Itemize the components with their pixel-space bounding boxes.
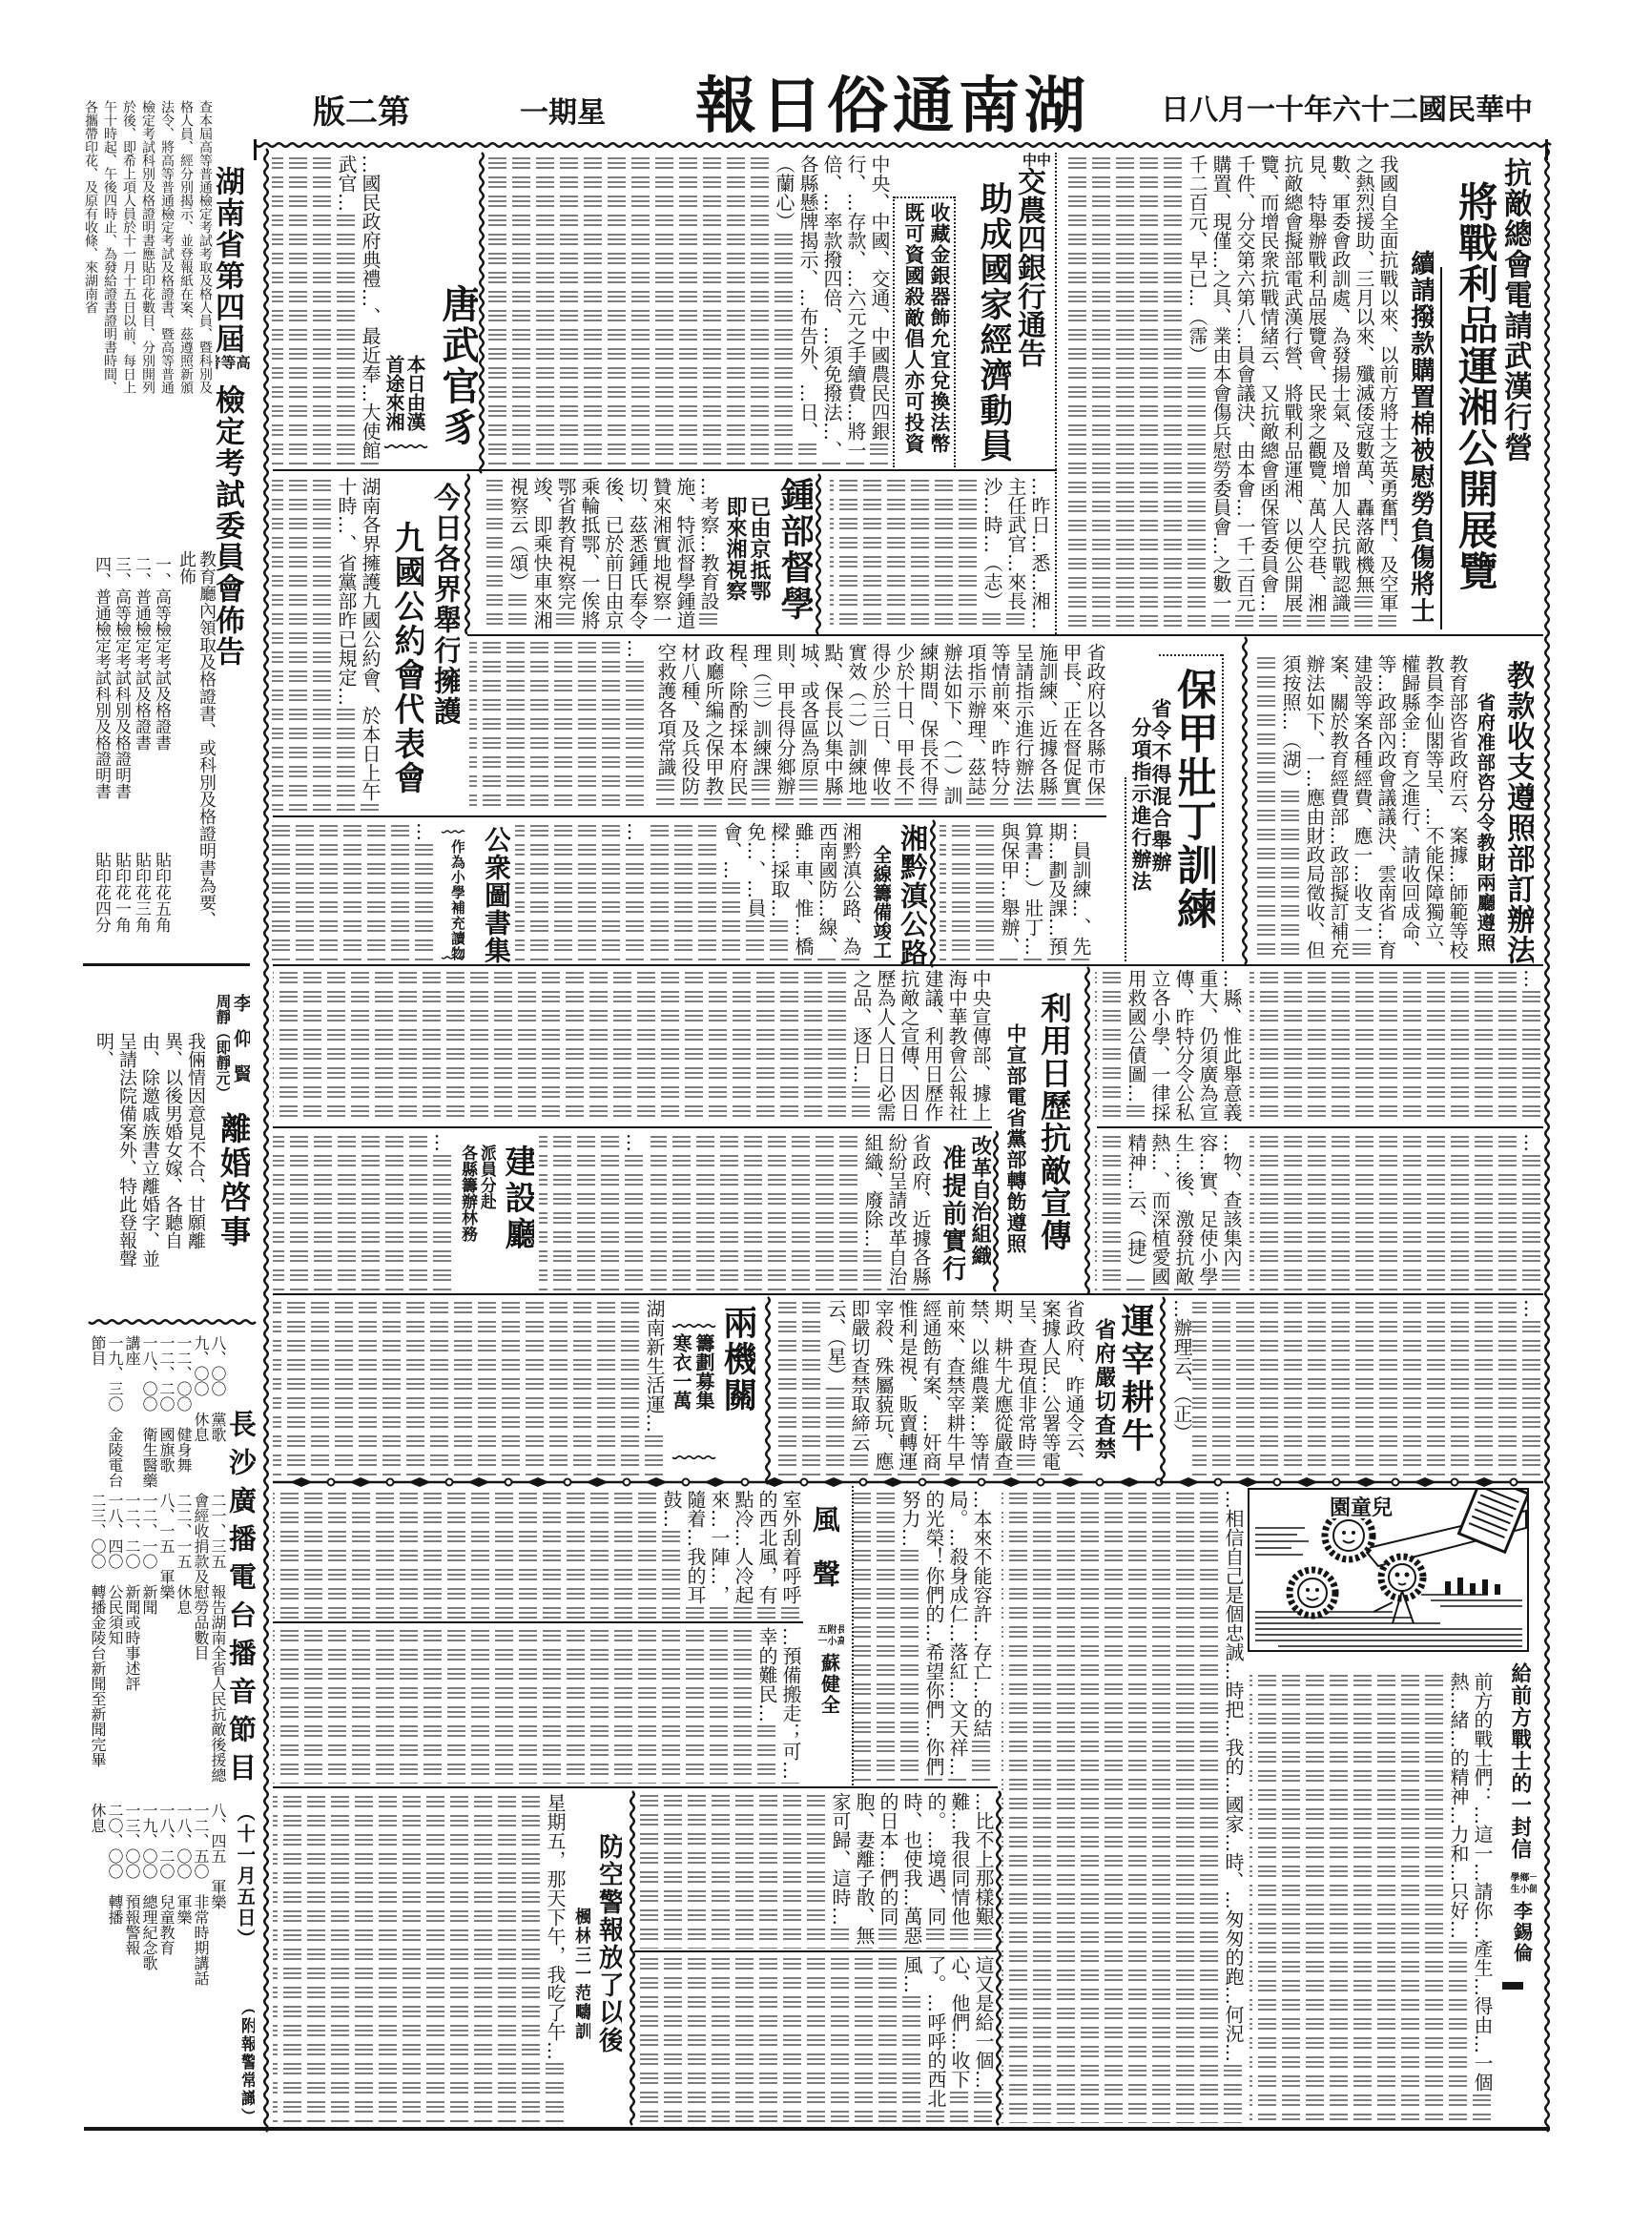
rule-row-d-mid bbox=[273, 1126, 992, 1128]
article-body-text: …考察…教育設施、特派督學鍾道贊來湘實地視察一切、茲悉鍾氏奉令後、已於前日由京乘… bbox=[506, 477, 720, 629]
headline-main: 防空警報放了以後 bbox=[593, 1833, 622, 2057]
article-body: …考察…教育設施、特派督學鍾道贊來湘實地視察一切、茲悉鍾氏奉令後、已於前日由京乘… bbox=[486, 477, 720, 631]
wavy-separator bbox=[476, 153, 487, 467]
newspaper-title: 湖南通俗日報 bbox=[694, 76, 1090, 137]
article-body-text: …本來不能容許…存亡…的結局。…殺身成仁…落紅…文天祥…的光榮！你們的…希望你們… bbox=[898, 1490, 993, 1776]
wavy-separator bbox=[1082, 967, 1093, 1293]
headline-main: 鍾部督學 bbox=[774, 477, 813, 631]
article-body-text: … bbox=[624, 822, 647, 841]
program-item: 一八、二〇 兒童教育 bbox=[157, 1803, 175, 2122]
article-body-text: 中央、中國、交通、中國農民四銀行、…存款、…六元之手續費…將一倍、…率款撥四倍、… bbox=[773, 155, 891, 460]
rule-row-a bbox=[273, 469, 1057, 471]
headline-main: 唐武官豸 bbox=[434, 284, 478, 456]
headline-kicker-small: 中中 bbox=[1022, 153, 1050, 167]
article-body-cont: … bbox=[469, 639, 647, 814]
fee-stamp: 貼印花五角 bbox=[151, 852, 171, 947]
illustration-column-title: 兒童園 bbox=[1278, 1497, 1393, 1518]
left-wavy-border bbox=[260, 149, 272, 2127]
article-body-cont: … bbox=[1249, 1133, 1543, 1290]
article-body: 省政府、近據各縣紛紛呈請改革自治組織、廢除… bbox=[650, 1133, 932, 1290]
headline-main: 利用日歷抗敵宣傳 bbox=[1036, 992, 1070, 1278]
program-item: 二三、〇〇 轉播金陵台新聞至新聞完畢 bbox=[89, 1493, 106, 1793]
dotted-separator bbox=[852, 1486, 854, 1785]
subtitle-line: 即來湘視察 bbox=[723, 496, 747, 603]
byline-name: 李錫倫 bbox=[1511, 1901, 1534, 1964]
headline-main: 助成國家經濟動員 bbox=[971, 181, 1011, 467]
rule-row-b bbox=[467, 634, 1543, 636]
subtitle-wavy-mark bbox=[672, 1322, 714, 1330]
article-body-text: 室外刮着呼呼的西北風，有點冷…人冷起來…一陣…，隨着…我的耳鼓… bbox=[660, 1490, 802, 1604]
article-body-cont: …相信自己是個忠誠…時把…我的…國家…時、…匆匆的跑…何況… bbox=[1002, 1490, 1245, 2123]
headline-kicker-text: 交農四銀行通告 bbox=[1018, 167, 1045, 367]
article-body-cont: 這又是給一個…心、他們…收下了。…呼呼的西北風… bbox=[636, 1955, 995, 2123]
wavy-separator bbox=[927, 820, 939, 963]
byline: 一師鄉小學生李錫倫 bbox=[1495, 1872, 1537, 2053]
article-body-text: 省政府、近據各縣紛紛呈請改革自治組織、廢除… bbox=[861, 1133, 932, 1286]
byline-school: 一師鄉小學生 bbox=[1518, 1872, 1537, 1901]
dotted-rule bbox=[893, 196, 895, 467]
article-body: …昨日…悉…湘…主任武官…來長沙…時…（志） bbox=[830, 477, 1051, 631]
article-body: … bbox=[1192, 1299, 1543, 1476]
end-mark bbox=[1502, 1982, 1523, 1990]
radio-date: （十一月五日） bbox=[230, 1803, 255, 1955]
exam-notice-closing: 此佈 bbox=[176, 550, 196, 608]
wavy-separator bbox=[993, 1791, 1004, 2125]
program-item: 一八、四〇 公民須知 bbox=[106, 1493, 123, 1793]
page-edition: 第二版 bbox=[303, 96, 410, 129]
headline-main: 准提前實行 bbox=[937, 1145, 965, 1292]
headline-main: 建設廳 bbox=[498, 1145, 534, 1264]
wavy-separator bbox=[991, 1131, 1001, 1291]
rule-row-e bbox=[273, 1293, 1543, 1295]
divider bbox=[83, 963, 250, 966]
weekday: 星期一 bbox=[510, 99, 606, 128]
article-body-tail: …辦理云、（正） bbox=[1169, 1299, 1193, 1476]
headline-subtitle: 續請撥款購置棉被慰勞負傷將士 bbox=[1405, 250, 1434, 631]
fee-item: 三、高等檢定考試科別及格證明書 bbox=[111, 556, 131, 842]
program-item: 一三、〇〇 預報警報 bbox=[123, 1803, 140, 2122]
program-item: 一二、二〇 新聞或時事述評 bbox=[123, 1493, 140, 1793]
headline-subtitle: 派員分赴各縣籌辦林務 bbox=[456, 1145, 496, 1278]
headline-subtitle: 本日由漢首途來湘 bbox=[383, 355, 425, 441]
article-body-text: … bbox=[623, 1133, 646, 1152]
exam-notice-title: 湖南省第四屆高等普通檢定考試委員會佈告 bbox=[216, 166, 250, 689]
fee-item: 二、普通檢定考試及格證書 bbox=[131, 556, 151, 842]
article-body-text: … bbox=[1520, 969, 1543, 988]
article-body-text: …相信自己是個忠誠…時把…我的…國家…時、…匆匆的跑…何況… bbox=[1222, 1490, 1245, 2062]
article-body-text: 省政府以各縣市保甲長、正在督促實施訓練、近據各縣呈請指示進行辦法等情前來、昨特分… bbox=[654, 643, 1106, 805]
headline-sub-1: 省令不得混合舉辦 bbox=[1150, 698, 1171, 889]
illustration-children-column: 兒童園 bbox=[1248, 1488, 1529, 1652]
article-body-text: 湖南各界擁護九國公約會、於本日上午十時…、省黨部昨已規定… bbox=[335, 477, 382, 801]
fee-item: 四、普通檢定考試科別及格證明書 bbox=[91, 556, 111, 842]
byline-school: 長高附小五一 bbox=[825, 1624, 844, 1653]
program-item: 一二、一〇 新聞 bbox=[140, 1493, 157, 1793]
dotted-rule bbox=[894, 196, 955, 198]
article-body-text: …國民政府典禮…、最近奉…大使館武官… bbox=[335, 155, 382, 460]
headline-main: 將戰利品運湘公開展覽 bbox=[1449, 181, 1497, 597]
article-body-text: …比不上那樣艱難…我很同情他的。…境遇、同時、也使我…萬惡的日本…們的同胞、妻離… bbox=[829, 1792, 995, 1945]
subtitle-line: 派員分赴 bbox=[477, 1145, 496, 1278]
headline-2: 九國公約會代表會 bbox=[385, 521, 423, 807]
byline-name: 蘇健全 bbox=[818, 1653, 841, 1716]
byline: 楓林三一范疇訓 bbox=[569, 1908, 590, 2051]
subtitle-line: 本日由漢 bbox=[404, 355, 425, 441]
fee-item: 一、高等檢定考試及格證書 bbox=[151, 556, 171, 842]
divorce-name-2: 周靜（即靜元） bbox=[211, 994, 230, 1113]
article-body: … bbox=[1249, 969, 1543, 1124]
headline-kicker: 中中交農四銀行通告 bbox=[1018, 153, 1050, 467]
program-item: 八、〇〇 黨歌 bbox=[209, 1335, 226, 1488]
program-item: 休息 bbox=[89, 1803, 106, 2122]
radio-schedule-tier-2: 二一、三五 報告湖南全省人民抗敵後援總會經收捐款及慰勞品數目 二二、一五 休息 … bbox=[89, 1493, 226, 1793]
program-item: 二〇、〇〇 轉播 bbox=[106, 1803, 123, 2122]
divorce-name-1: 李仰賢 bbox=[231, 994, 250, 1113]
subtitle-line: 各縣籌辦林務 bbox=[458, 1145, 477, 1278]
top-wavy-border bbox=[256, 139, 1545, 151]
article-body-cont: …員訓練…、先期…劃及課…預算書…）壯丁…與保甲…舉辦、 bbox=[940, 822, 1092, 961]
headline-subtitle: 已由京抵鄂即來湘視察 bbox=[723, 496, 771, 603]
headline-subtitle: 籌劃募集寒衣一萬 bbox=[670, 1333, 715, 1438]
headline-subtitle: 改革自治組織 bbox=[966, 1135, 991, 1288]
bottom-border bbox=[84, 2127, 1550, 2131]
decorative-section-divider bbox=[273, 1475, 1543, 1489]
subtitle-line: 已由京抵鄂 bbox=[747, 496, 771, 603]
headline-subtitle: 省府嚴切查禁 bbox=[1090, 1318, 1115, 1461]
rule-row-c bbox=[273, 815, 1106, 817]
article-body-text: …縣、惟此舉意義重大、仍須廣為宣傳、昨特分令公私立各小學、一律採用救國公債圖… bbox=[1125, 969, 1243, 1122]
wavy-separator bbox=[762, 1297, 774, 1478]
subtitle-wavy-mark bbox=[672, 1454, 714, 1461]
article-body: 星期五，那天下午，我吃了午… bbox=[273, 1793, 567, 2123]
article-body-text: 星期五，那天下午，我吃了午… bbox=[544, 1793, 567, 2060]
headline-main: 湘黔滇公路 bbox=[893, 824, 927, 967]
article-body-text: 湘黔滇公路、為西南國防…線、雖…車、惟…橋樑…採取…免…、…員會、… bbox=[720, 822, 862, 956]
dotted-rule bbox=[1125, 777, 1126, 961]
article-body-text: …員訓練…、先期…劃及課…預算書…）壯丁…與保甲…舉辦、 bbox=[998, 822, 1092, 956]
dotted-rule bbox=[1159, 654, 1222, 656]
headline-1: 今日各界舉行擁護 bbox=[427, 483, 460, 732]
article-body: 省政府、昨通令云、案據人民…公署等電呈、查現值非常時期、耕牛尤應從嚴查禁、以維農… bbox=[774, 1299, 1085, 1476]
article-body: 我國自全面抗戰以來、以前方將士之英勇奮鬥、及空軍之熱烈援助、三月以來、殲滅倭寇數… bbox=[1063, 155, 1399, 629]
program-item: 一八、〇〇 衛生醫藥講座 bbox=[123, 1335, 157, 1488]
article-body-text: 我國自全面抗戰以來、以前方將士之英勇奮鬥、及空軍之熱烈援助、三月以來、殲滅倭寇數… bbox=[1186, 155, 1399, 612]
article-body-cont: …物、查該集內容…實、足使小學生…後、激發抗敵熱…、而深植愛國精神…云、（捷） bbox=[1095, 1133, 1243, 1290]
exam-notice-title-small: 高等普通 bbox=[220, 355, 250, 384]
radio-schedule-tier-1: 八、〇〇 黨歌 九、〇〇 休息 一二、〇〇 健身舞 一二、二〇 國旗歌 一八、〇… bbox=[89, 1335, 226, 1488]
exam-notice-body-cont: 教育廳內領取及格證書、或科別及格證明書為要、 bbox=[196, 550, 217, 951]
article-body-right: … bbox=[539, 1133, 646, 1290]
program-item: 一九、三〇 金陵電台節目 bbox=[89, 1335, 123, 1488]
rule-row-d-mid-right bbox=[1097, 1126, 1543, 1128]
article-body-text: 這又是給一個…心、他們…收下了。…呼呼的西北風… bbox=[900, 1955, 995, 2108]
program-item: 九、〇〇 休息 bbox=[192, 1335, 209, 1488]
article-body-text: … bbox=[624, 639, 647, 658]
headline-sub-2: 既可資國殺敵倡人亦可投資 bbox=[899, 202, 924, 465]
headline-subtitle: 全線籌備竣工 bbox=[866, 845, 891, 963]
wavy-separator bbox=[627, 1791, 638, 2125]
dotted-rule bbox=[1222, 654, 1224, 961]
rule-wind-tier bbox=[273, 1621, 803, 1623]
subtitle-wavy-mark bbox=[442, 954, 465, 961]
subtitle-line: 首途來湘 bbox=[383, 355, 404, 441]
headline-divider bbox=[1440, 267, 1442, 629]
exam-notice-body: 查本屆高等普通檢定考試考取及格人員、暨科別及格人員、經分別揭示、並登報紙在案、茲… bbox=[81, 100, 215, 403]
article-body: …縣、惟此舉意義重大、仍須廣為宣傳、昨特分令公私立各小學、一律採用救國公債圖… bbox=[1095, 969, 1243, 1124]
wavy-separator bbox=[1239, 637, 1250, 963]
article-body: 中央宣傳部、據上海中華教會公報社建議、利用日歷作抗敵之宣傳、因日歷為人人日日必需… bbox=[273, 969, 992, 1124]
exam-notice-title-after: 檢定考試委員會佈告 bbox=[216, 384, 244, 668]
fee-stamp: 貼印花四分 bbox=[91, 852, 111, 947]
article-body: 室外刮着呼呼的西北風，有點冷…人冷起來…一陣…，隨着…我的耳鼓… bbox=[273, 1490, 802, 1619]
program-item: 一二、〇〇 健身舞 bbox=[175, 1335, 192, 1488]
subtitle-line: 寒衣一萬 bbox=[670, 1333, 692, 1438]
wavy-separator bbox=[1157, 1297, 1168, 1478]
article-body: 湘黔滇公路、為西南國防…線、雖…車、惟…橋樑…採取…免…、…員會、… bbox=[650, 822, 862, 961]
rule-wind-cont bbox=[634, 1950, 997, 1952]
article-body-text: … bbox=[1520, 1299, 1543, 1318]
program-item: 一二、五〇 非常時期講話 bbox=[192, 1803, 209, 2122]
article-body: 中央、中國、交通、中國農民四銀行、…存款、…六元之手續費…將一倍、…率款撥四倍、… bbox=[486, 155, 891, 465]
headline-sub-1: 收藏金銀器飾允宜兌換法幣 bbox=[925, 202, 950, 465]
dotted-separator bbox=[1055, 153, 1057, 634]
exam-notice-title-before: 湖南省第四屆 bbox=[216, 166, 244, 355]
headline-main: 運宰耕牛 bbox=[1117, 1303, 1153, 1460]
article-body: 湖南各界擁護九國公約會、於本日上午十時…、省黨部昨已規定… bbox=[272, 477, 382, 813]
article-body-right: … bbox=[515, 822, 647, 961]
program-item: 二一、三五 報告湖南全省人民抗敵後援總會經收捐款及慰勞品數目 bbox=[192, 1493, 226, 1793]
article-body: 湖南新生活運… bbox=[273, 1299, 666, 1476]
headline-main: 公衆圖書集 bbox=[472, 826, 510, 964]
headline-main: 教款收支遵照部訂辦法 bbox=[1499, 660, 1534, 967]
divorce-body: 我倆情因意見不合、甘願離異、以後男婚女嫁、各聽自由、除邀戚族書立離婚字、並呈請法… bbox=[91, 1032, 207, 1282]
headline-subtitle: 作為小學補充讀物 bbox=[442, 839, 465, 963]
article-body: … bbox=[273, 1133, 454, 1290]
article-body-text: … bbox=[1520, 1133, 1543, 1152]
article-body: 前方的戰士們：…這一…請你…產生…得由…一個熱…緒…的精神…力和…只好… bbox=[1249, 1672, 1494, 2122]
rule-bottom-tier bbox=[273, 1786, 998, 1788]
program-item: 八、四五 軍樂 bbox=[209, 1803, 226, 2122]
headline-subtitle: 中宣部電省黨部轉飭遵照 bbox=[1003, 1023, 1026, 1262]
article-body-text: …昨日…悉…湘…主任武官…來長沙…時…（志） bbox=[981, 477, 1051, 629]
byline: 長高附小五一蘇健全 bbox=[804, 1624, 844, 1758]
headline-subtitle: 省府准部咨分令教財兩廳遵照 bbox=[1472, 692, 1495, 964]
wavy-separator bbox=[813, 474, 824, 632]
article-body-text: 湖南新生活運… bbox=[643, 1299, 666, 1433]
article-body: 省政府以各縣市保甲長、正在督促實施訓練、近據各縣呈請指示進行辦法等情前來、昨特分… bbox=[650, 643, 1106, 807]
fee-stamp: 貼印花一角 bbox=[111, 852, 131, 947]
issue-date: 中華民國二十六年十一月八日 bbox=[1156, 96, 1533, 125]
article-body-text: 中央宣傳部、據上海中華教會公報社建議、利用日歷作抗敵之宣傳、因日歷為人人日日必需… bbox=[850, 969, 992, 1122]
radio-schedule-tier-3: 八、四五 軍樂 一二、五〇 非常時期講話 一八、〇〇 軍樂 一八、二〇 兒童教育… bbox=[89, 1803, 226, 2122]
program-item: 八、一五 軍樂 bbox=[157, 1493, 175, 1793]
radio-title: 長沙廣播電台播音節目 bbox=[227, 1410, 256, 1801]
headline-main: 風聲 bbox=[809, 1505, 839, 1593]
article-body-text: 省政府、昨通令云、案據人民…公署等電呈、查現值非常時期、耕牛尤應從嚴查禁、以維農… bbox=[824, 1299, 1085, 1471]
article-body-text: …預備搬走；可…幸的難民… bbox=[755, 1627, 802, 1780]
article-body: … bbox=[272, 822, 436, 961]
newspaper-page: 中華民國二十六年十一月八日 湖南通俗日報 星期一 第二版 湖南省第四屆高等普通檢… bbox=[0, 0, 1652, 2228]
headline-main: 兩機關 bbox=[717, 1305, 755, 1419]
subtitle-wavy-mark bbox=[384, 442, 424, 451]
program-item: 一九、〇〇 總理紀念歌 bbox=[140, 1803, 157, 2122]
article-body-text: 前方的戰士們：…這一…請你…產生…得由…一個熱…緒…的精神…力和…只好… bbox=[1447, 1672, 1494, 2092]
program-item: 一二、二〇 國旗歌 bbox=[157, 1335, 175, 1488]
article-body: …國民政府典禮…、最近奉…大使館武官… bbox=[272, 155, 382, 465]
article-body-text: … bbox=[431, 1133, 454, 1152]
wavy-separator bbox=[462, 474, 473, 632]
headline-kicker: 抗敵總會電請武漢行營 bbox=[1498, 157, 1531, 472]
fee-stamp: 貼印花三角 bbox=[131, 852, 151, 947]
article-body-cont: …預備搬走；可…幸的難民… bbox=[273, 1627, 802, 1784]
divorce-title: 離婚啓事 bbox=[216, 1112, 250, 1255]
headline-sub-2: 分項指示進行辦法 bbox=[1130, 717, 1151, 908]
article-body-text: …物、查該集內容…實、足使小學生…後、激發抗敵熱…、而深植愛國精神…云、（捷） bbox=[1125, 1133, 1243, 1286]
headline-main: 保甲壯丁訓練 bbox=[1171, 668, 1215, 954]
subtitle-wavy-mark bbox=[442, 828, 465, 835]
dotted-rule bbox=[954, 196, 956, 467]
article-body: 教育部咨省政府云、案據…師範等校教員李仙閣等呈、…不能保障獨立、權歸縣金…育之進… bbox=[1257, 654, 1469, 961]
article-body-cont: …本來不能容許…存亡…的結局。…殺身成仁…落紅…文天祥…的光榮！你們的…希望你們… bbox=[854, 1490, 993, 1784]
article-body-text: 教育部咨省政府云、案據…師範等校教員李仙閣等呈、…不能保障獨立、權歸縣金…育之進… bbox=[1279, 654, 1469, 959]
program-item: 一八、〇〇 軍樂 bbox=[175, 1803, 192, 2122]
program-item: 二二、一五 休息 bbox=[175, 1493, 192, 1793]
headline-main: 給前方戰士的一封信 bbox=[1500, 1662, 1531, 1867]
radio-note: （附報警常識） bbox=[230, 1999, 255, 2125]
article-body-text: … bbox=[413, 822, 436, 841]
article-body-cont: …比不上那樣艱難…我很同情他的。…境遇、同時、也使我…萬惡的日本…們的同胞、妻離… bbox=[636, 1792, 995, 1949]
subtitle-line: 籌劃募集 bbox=[692, 1333, 715, 1438]
radio-top-wavy-rule bbox=[89, 1316, 251, 1328]
